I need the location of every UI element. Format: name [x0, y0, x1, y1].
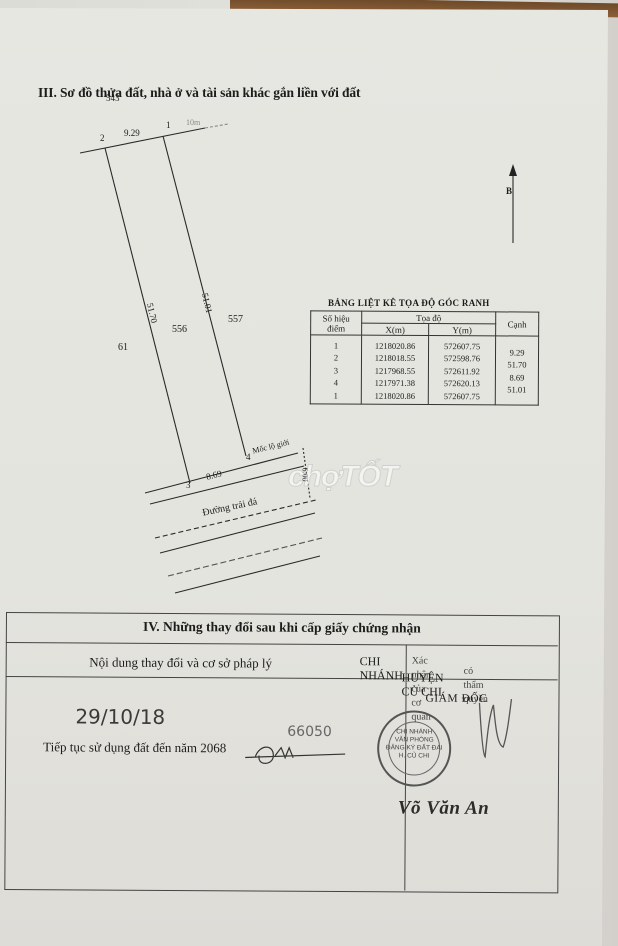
parcel-556-label: 556 — [172, 324, 187, 335]
change-entry-text: Tiếp tục sử dụng đất đến năm 2068 — [43, 739, 226, 756]
section-4-changes: IV. Những thay đổi sau khi cấp giấy chứn… — [4, 612, 558, 895]
overprint-line-1: CHI NHÁNH — [360, 654, 403, 682]
x-column: 1218020.86 1218018.55 1217968.55 1217971… — [361, 335, 428, 404]
parcel-557-label: 557 — [228, 314, 243, 325]
handwritten-date: 29/10/18 — [75, 704, 165, 729]
coordinate-table-title: BẢNG LIỆT KÊ TỌA ĐỘ GÓC RANH — [328, 298, 490, 308]
header-y: Y(m) — [429, 324, 496, 336]
vertex-4-label: 4 — [246, 452, 251, 462]
initial-signature-icon — [245, 739, 355, 770]
edge-top-label: 9.29 — [124, 128, 140, 138]
vertex-1-label: 1 — [166, 120, 171, 130]
vertex-3-label: 3 — [186, 480, 191, 490]
y-column: 572607.75 572598.76 572611.92 572620.13 … — [428, 336, 495, 405]
certifier-name: Võ Văn An — [398, 797, 490, 820]
top-right-faint-label: 10m — [186, 118, 200, 127]
point-id-column: 1 2 3 4 1 — [310, 335, 361, 404]
header-edge: Cạnh — [496, 312, 539, 336]
header-x: X(m) — [362, 323, 429, 335]
parcel-543-label: 543 — [106, 93, 120, 103]
certificate-page: III. Sơ đồ thửa đất, nhà ở và tài sản kh… — [0, 8, 608, 946]
watermark: chợTỐT — [288, 460, 397, 494]
north-arrow-label: B — [506, 186, 512, 196]
header-coords: Tọa độ — [362, 311, 496, 324]
parcel-diagram — [0, 8, 618, 608]
section-4-title: IV. Những thay đổi sau khi cấp giấy chứn… — [6, 618, 558, 637]
col-content-header: Nội dung thay đổi và cơ sở pháp lý — [6, 654, 356, 672]
edge-column: 9.29 51.70 8.69 51.01 — [495, 336, 538, 405]
header-point-id: Số hiệu điểm — [311, 311, 362, 335]
director-signature-icon — [475, 695, 515, 765]
handwritten-code: 66050 — [287, 724, 332, 740]
official-stamp: CHI NHÁNH VĂN PHÒNG ĐĂNG KÝ ĐẤT ĐAI H. C… — [377, 710, 451, 786]
parcel-61-label: 61 — [118, 342, 128, 353]
coordinate-table: Số hiệu điểm Tọa độ Cạnh X(m) Y(m) 1 2 3… — [310, 310, 539, 405]
vertex-2-label: 2 — [100, 133, 105, 143]
